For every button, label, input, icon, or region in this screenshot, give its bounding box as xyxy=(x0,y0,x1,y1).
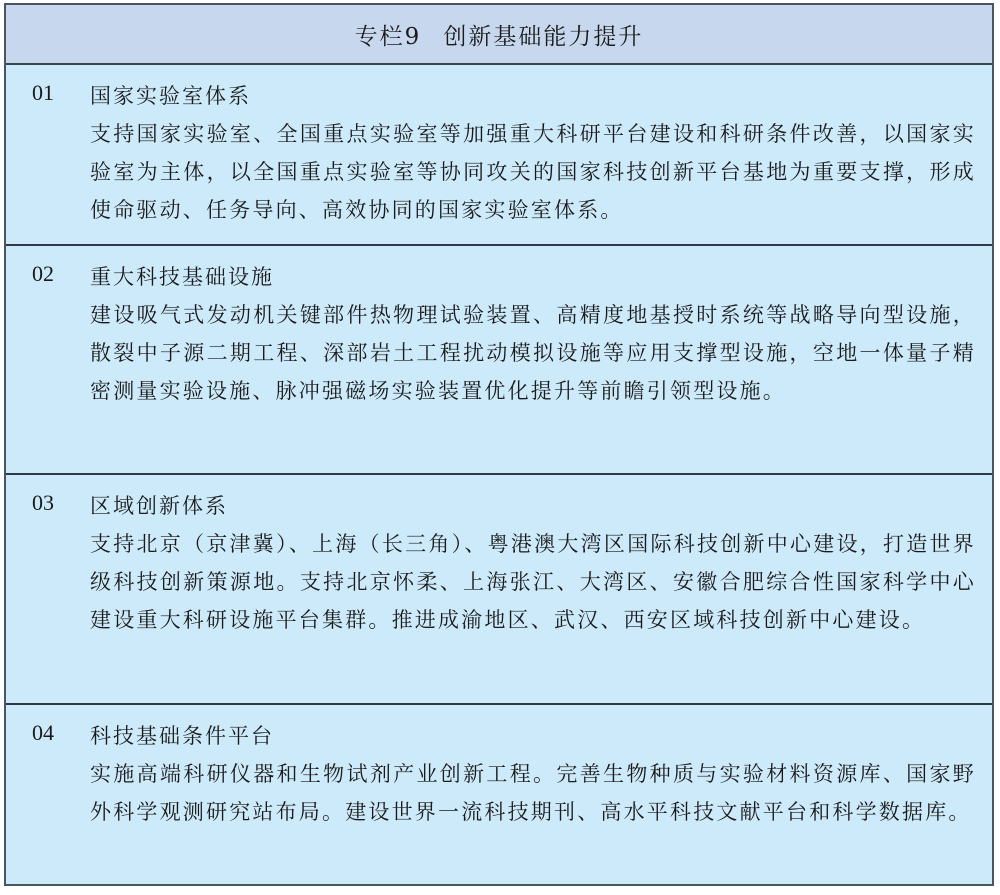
section-body: 支持国家实验室、全国重点实验室等加强重大科研平台建设和科研条件改善，以国家实验室… xyxy=(90,115,976,229)
section-02: 02 重大科技基础设施 建设吸气式发动机关键部件热物理试验装置、高精度地基授时系… xyxy=(6,244,992,474)
section-body: 实施高端科研仪器和生物试剂产业创新工程。完善生物种质与实验材料资源库、国家野外科… xyxy=(90,755,976,831)
section-title: 重大科技基础设施 xyxy=(90,261,274,291)
section-01: 01 国家实验室体系 支持国家实验室、全国重点实验室等加强重大科研平台建设和科研… xyxy=(6,65,992,246)
section-title: 区域创新体系 xyxy=(90,490,228,520)
section-body: 建设吸气式发动机关键部件热物理试验装置、高精度地基授时系统等战略导向型设施，散裂… xyxy=(90,296,976,410)
section-body: 支持北京（京津冀）、上海（长三角）、粤港澳大湾区国际科技创新中心建设，打造世界级… xyxy=(90,525,976,639)
section-number: 01 xyxy=(32,80,90,110)
feature-box: 专栏9 创新基础能力提升 01 国家实验室体系 支持国家实验室、全国重点实验室等… xyxy=(4,3,994,886)
section-number: 03 xyxy=(32,490,90,520)
box-title: 创新基础能力提升 xyxy=(443,18,643,51)
section-03: 03 区域创新体系 支持北京（京津冀）、上海（长三角）、粤港澳大湾区国际科技创新… xyxy=(6,473,992,703)
column-label: 专栏9 xyxy=(355,18,422,51)
section-title: 国家实验室体系 xyxy=(90,80,251,110)
section-title: 科技基础条件平台 xyxy=(90,720,274,750)
section-04: 04 科技基础条件平台 实施高端科研仪器和生物试剂产业创新工程。完善生物种质与实… xyxy=(6,703,992,884)
section-number: 04 xyxy=(32,720,90,750)
section-number: 02 xyxy=(32,261,90,291)
box-header: 专栏9 创新基础能力提升 xyxy=(6,5,992,65)
